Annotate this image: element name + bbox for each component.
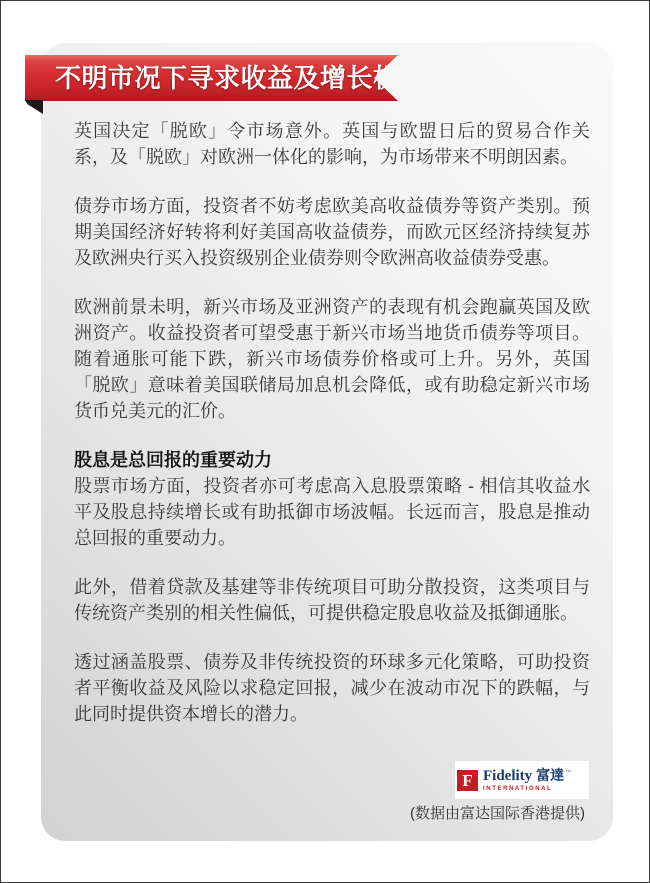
paragraph-alternatives: 此外，借着贷款及基建等非传统项目可助分散投资，这类项目与传统资产类别的相关性偏低…: [74, 574, 590, 626]
paragraph-equity-income: 股票市场方面，投资者亦可考虑高入息股票策略 - 相信其收益水平及股息持续增长或有…: [74, 473, 590, 551]
paragraph-bond-markets: 债券市场方面，投资者不妨考虑欧美高收益债券等资产类别。预期美国经济好转将利好美国…: [74, 193, 590, 271]
fidelity-wordmark: Fidelity: [483, 769, 532, 784]
fidelity-international-label: INTERNATIONAL: [483, 786, 571, 792]
fidelity-wordmark-chinese: 富達: [536, 768, 564, 782]
fidelity-f-icon: F: [457, 770, 478, 791]
title-ribbon: 不明市况下寻求收益及增长机会: [25, 55, 398, 101]
body-text: 英国决定「脱欧」令市场意外。英国与欧盟日后的贸易合作关系，及「脱欧」对欧洲一体化…: [74, 118, 590, 750]
paragraph-emerging-markets: 欧洲前景未明，新兴市场及亚洲资产的表现有机会跑赢英国及欧洲资产。收益投资者可望受…: [74, 294, 590, 424]
fidelity-logo-text: Fidelity 富達 ™ INTERNATIONAL: [483, 768, 571, 792]
page-title: 不明市况下寻求收益及增长机会: [25, 55, 398, 101]
data-source-caption: (数据由富达国际香港提供): [74, 804, 585, 824]
dividend-section: 股息是总回报的重要动力 股票市场方面，投资者亦可考虑高入息股票策略 - 相信其收…: [74, 447, 590, 551]
paragraph-brexit-uncertainty: 英国决定「脱欧」令市场意外。英国与欧盟日后的贸易合作关系，及「脱欧」对欧洲一体化…: [74, 118, 590, 170]
ribbon-fold: [25, 100, 43, 114]
paragraph-diversified-strategy: 透过涵盖股票、债券及非传统投资的环球多元化策略，可助投资者平衡收益及风险以求稳定…: [74, 649, 590, 727]
fidelity-logo: F Fidelity 富達 ™ INTERNATIONAL: [455, 761, 589, 799]
flyer-page: 不明市况下寻求收益及增长机会 英国决定「脱欧」令市场意外。英国与欧盟日后的贸易合…: [0, 0, 650, 883]
section-heading-dividends: 股息是总回报的重要动力: [74, 447, 590, 473]
trademark-symbol: ™: [565, 770, 571, 776]
